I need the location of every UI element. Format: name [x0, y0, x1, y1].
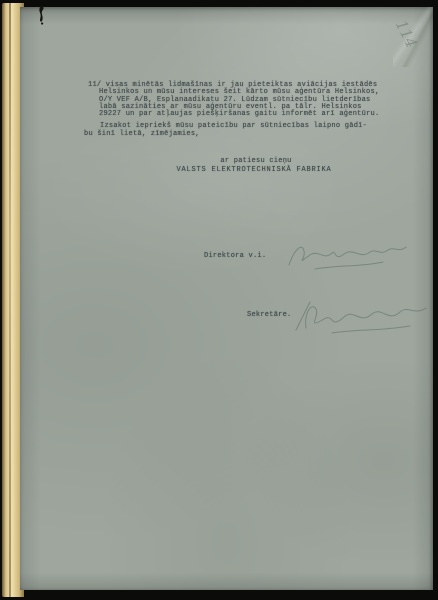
letter-paper: 114 11/ visas minētās lidmašīnas ir jau … — [20, 7, 433, 590]
director-signature — [285, 238, 410, 274]
company-name: VALSTS ELEKTROTECHNISKĀ FABRIKA — [176, 167, 331, 174]
letter-body: 11/ visas minētās lidmašīnas ir jau piet… — [84, 82, 379, 138]
director-title-label: Direktora v.i. — [204, 253, 266, 260]
ink-blot-mark — [35, 4, 49, 26]
letter-line: bu šinī lietā, zīmējamies, — [84, 131, 379, 138]
closing-salute: ar patiesu cieņu — [220, 158, 291, 165]
document-scan: 114 11/ visas minētās lidmašīnas ir jau … — [0, 0, 438, 600]
letter-line: 29227 un par atļaujas piešķiršanas gaitu… — [99, 111, 379, 118]
page-edge-crease — [9, 3, 11, 597]
secretary-title-label: Sekretāre. — [247, 312, 292, 319]
secretary-signature — [292, 298, 432, 338]
